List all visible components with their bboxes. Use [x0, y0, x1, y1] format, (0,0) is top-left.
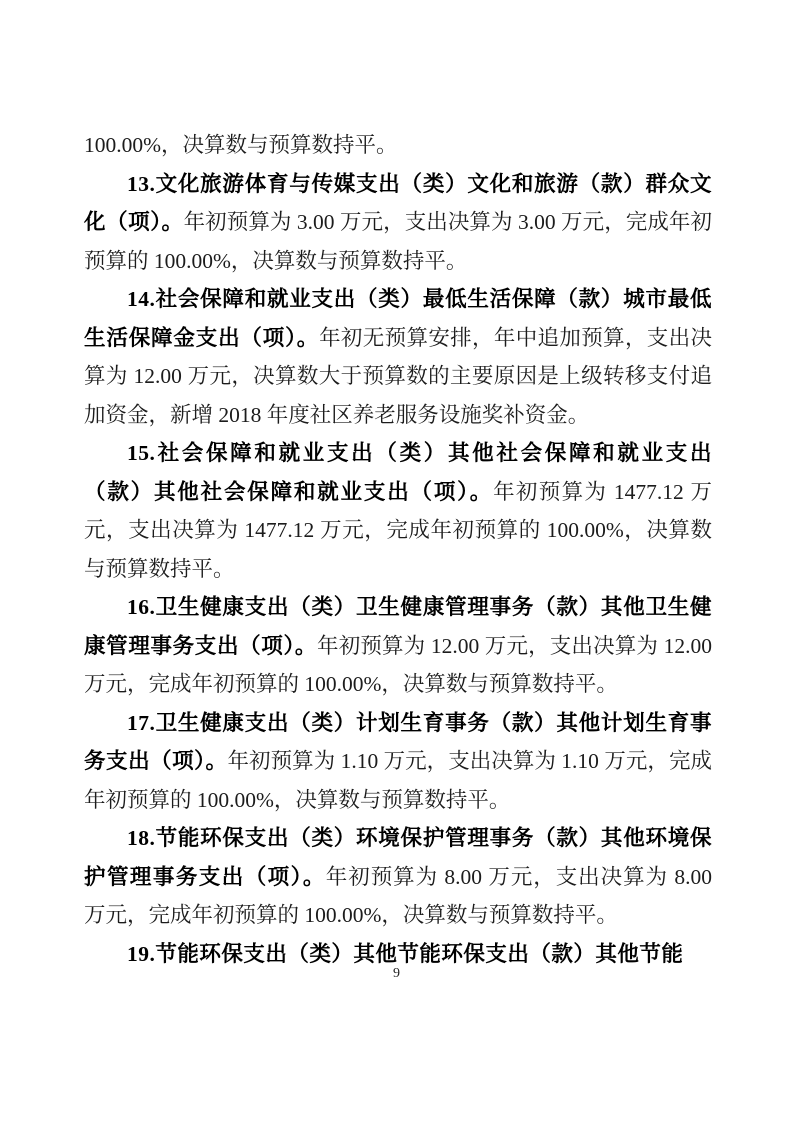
page-number: 9	[0, 966, 793, 982]
paragraph-item-14: 14.社会保障和就业支出（类）最低生活保障（款）城市最低生活保障金支出（项）。年…	[84, 280, 712, 434]
paragraph-continuation: 100.00%，决算数与预算数持平。	[84, 126, 712, 165]
paragraph-heading: 19.节能环保支出（类）其他节能环保支出（款）其他节能	[127, 942, 683, 966]
paragraph-item-13: 13.文化旅游体育与传媒支出（类）文化和旅游（款）群众文化（项）。年初预算为 3…	[84, 165, 712, 281]
paragraph-item-16: 16.卫生健康支出（类）卫生健康管理事务（款）其他卫生健康管理事务支出（项）。年…	[84, 588, 712, 704]
paragraph-item-18: 18.节能环保支出（类）环境保护管理事务（款）其他环境保护管理事务支出（项）。年…	[84, 819, 712, 935]
paragraph-item-15: 15.社会保障和就业支出（类）其他社会保障和就业支出（款）其他社会保障和就业支出…	[84, 434, 712, 588]
document-page: 100.00%，决算数与预算数持平。 13.文化旅游体育与传媒支出（类）文化和旅…	[0, 0, 793, 1122]
paragraph-item-17: 17.卫生健康支出（类）计划生育事务（款）其他计划生育事务支出（项）。年初预算为…	[84, 704, 712, 820]
document-body: 100.00%，决算数与预算数持平。 13.文化旅游体育与传媒支出（类）文化和旅…	[84, 126, 712, 973]
paragraph-body: 100.00%，决算数与预算数持平。	[84, 133, 398, 157]
